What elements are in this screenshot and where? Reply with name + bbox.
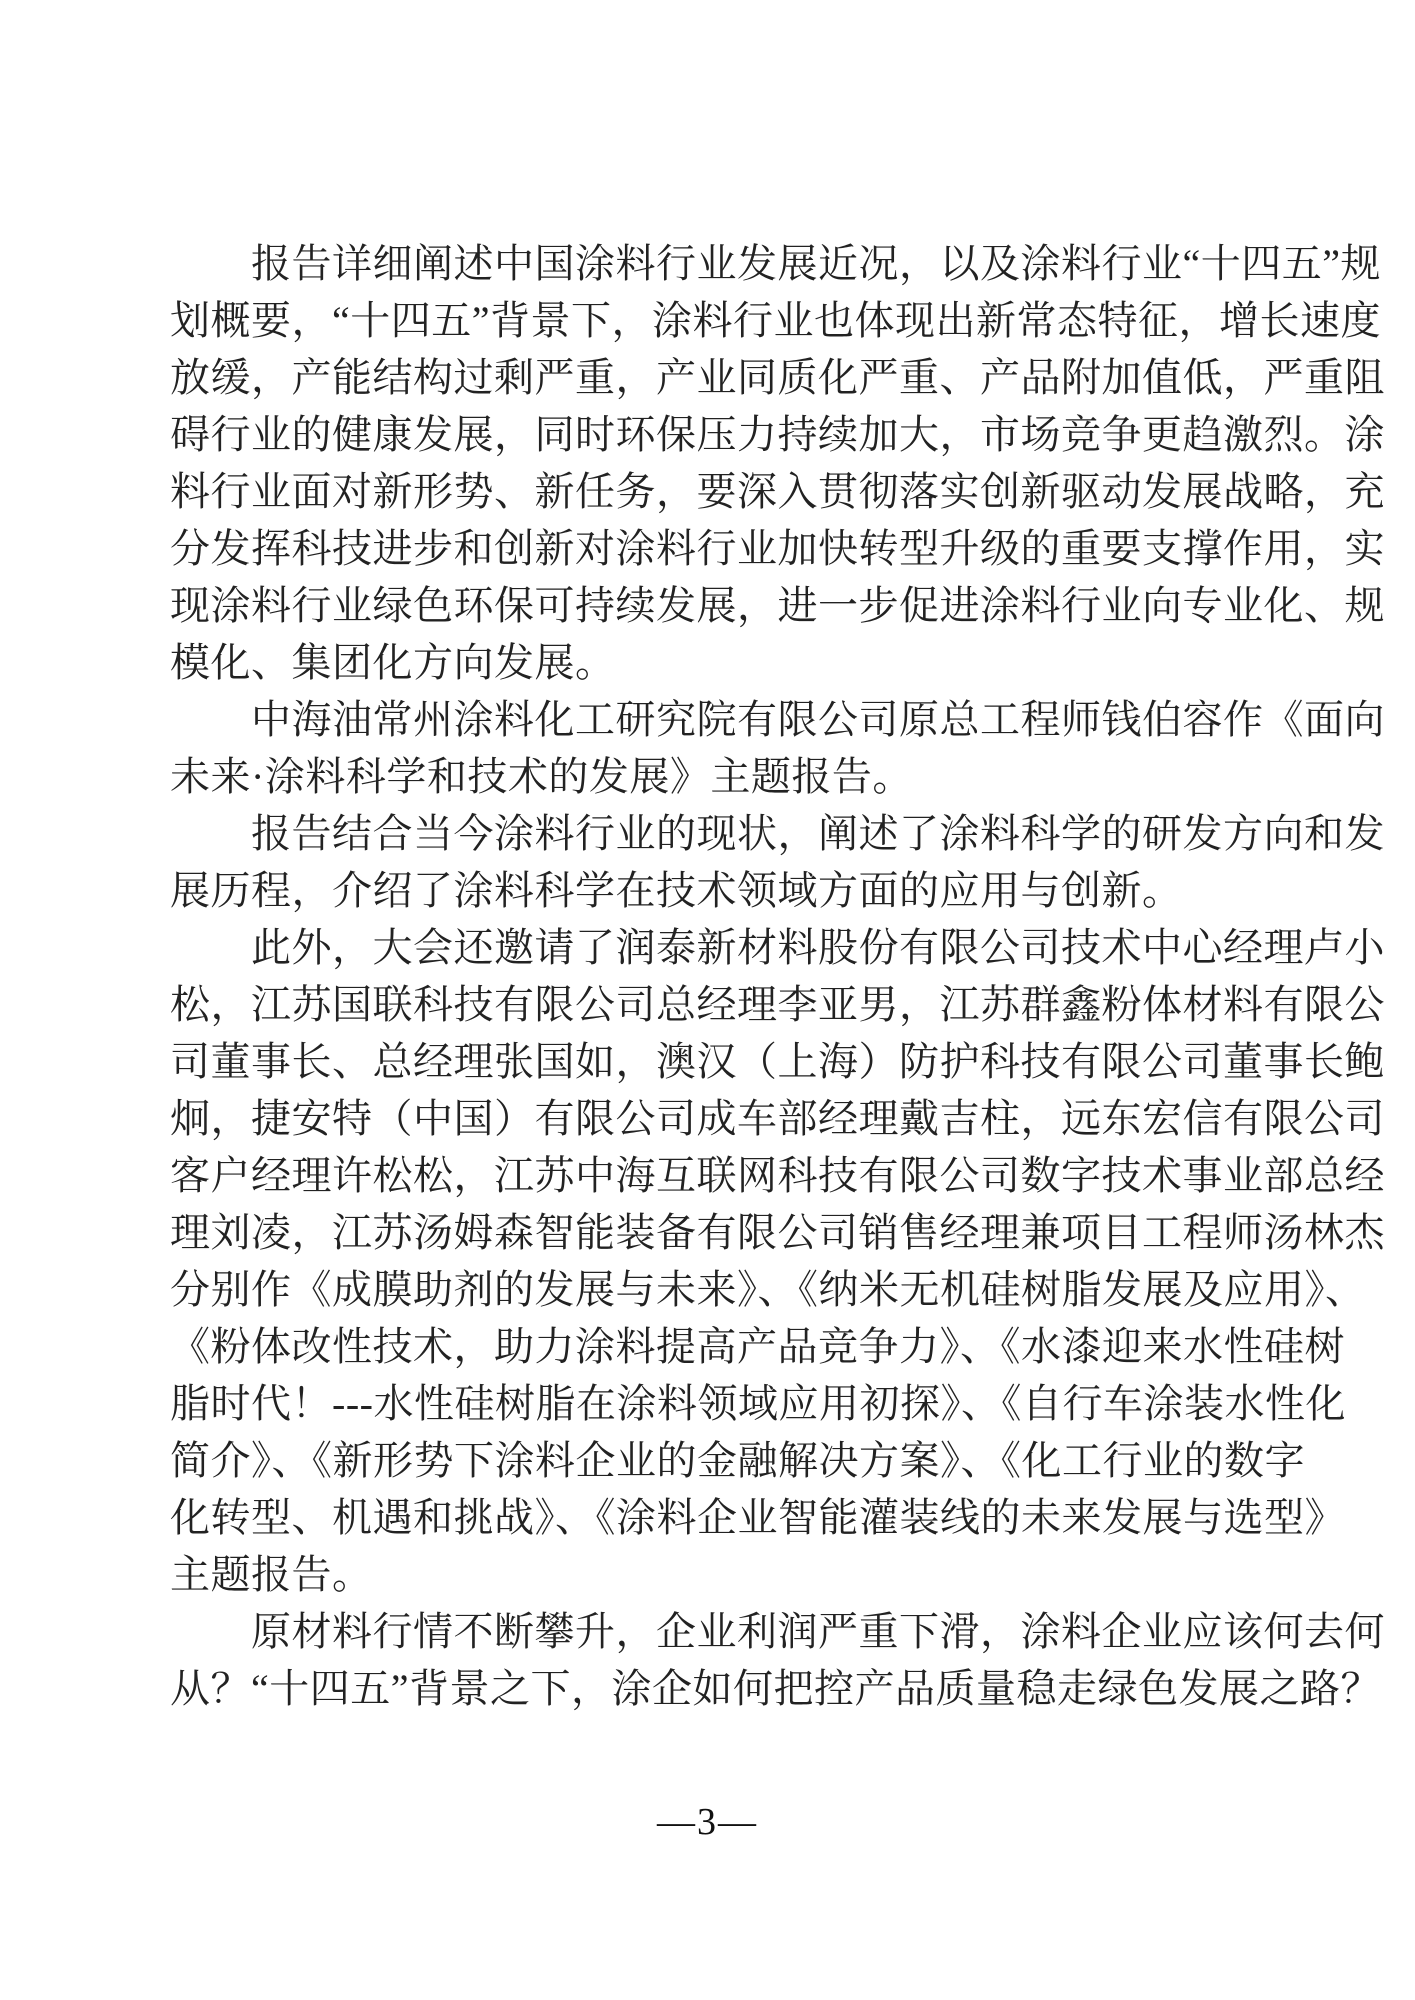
text-line: 从？“十四五”背景之下，涂企如何把控产品质量稳走绿色发展之路？ [170,1660,1255,1717]
text-line: 报告结合当今涂料行业的现状，阐述了涂料科学的研发方向和发 [170,805,1255,862]
page-footer: —3— [0,1800,1415,1844]
text-line: 客户经理许松松，江苏中海互联网科技有限公司数字技术事业部总经 [170,1147,1255,1204]
text-line: 模化、集团化方向发展。 [170,634,1255,691]
text-line: 此外，大会还邀请了润泰新材料股份有限公司技术中心经理卢小 [170,919,1255,976]
text-line: 料行业面对新形势、新任务，要深入贯彻落实创新驱动发展战略，充 [170,463,1255,520]
body-text: 报告详细阐述中国涂料行业发展近况，以及涂料行业“十四五”规 划概要，“十四五”背… [170,235,1255,1717]
text-line: 碍行业的健康发展，同时环保压力持续加大，市场竞争更趋激烈。涂 [170,406,1255,463]
text-line: 分发挥科技进步和创新对涂料行业加快转型升级的重要支撑作用，实 [170,520,1255,577]
page-number: —3— [657,1800,758,1844]
text-line: 放缓，产能结构过剩严重，产业同质化严重、产品附加值低，严重阻 [170,349,1255,406]
text-line: 脂时代！---水性硅树脂在涂料领域应用初探》、《自行车涂装水性化 [170,1375,1255,1432]
text-line: 展历程，介绍了涂料科学在技术领域方面的应用与创新。 [170,862,1255,919]
text-line: 炯，捷安特（中国）有限公司成车部经理戴吉柱，远东宏信有限公司 [170,1090,1255,1147]
text-line: 化转型、机遇和挑战》、《涂料企业智能灌装线的未来发展与选型》 [170,1489,1255,1546]
text-line: 分别作《成膜助剂的发展与未来》、《纳米无机硅树脂发展及应用》、 [170,1261,1255,1318]
text-line: 现涂料行业绿色环保可持续发展，进一步促进涂料行业向专业化、规 [170,577,1255,634]
text-line: 划概要，“十四五”背景下，涂料行业也体现出新常态特征，增长速度 [170,292,1255,349]
text-line: 《粉体改性技术，助力涂料提高产品竞争力》、《水漆迎来水性硅树 [170,1318,1255,1375]
text-line: 理刘凌，江苏汤姆森智能装备有限公司销售经理兼项目工程师汤林杰 [170,1204,1255,1261]
text-line: 松，江苏国联科技有限公司总经理李亚男，江苏群鑫粉体材料有限公 [170,976,1255,1033]
document-page: 报告详细阐述中国涂料行业发展近况，以及涂料行业“十四五”规 划概要，“十四五”背… [0,0,1415,2000]
text-line: 报告详细阐述中国涂料行业发展近况，以及涂料行业“十四五”规 [170,235,1255,292]
text-line: 未来·涂料科学和技术的发展》主题报告。 [170,748,1255,805]
text-line: 简介》、《新形势下涂料企业的金融解决方案》、《化工行业的数字 [170,1432,1255,1489]
text-line: 原材料行情不断攀升，企业利润严重下滑，涂料企业应该何去何 [170,1603,1255,1660]
text-line: 中海油常州涂料化工研究院有限公司原总工程师钱伯容作《面向 [170,691,1255,748]
text-line: 司董事长、总经理张国如，澳汉（上海）防护科技有限公司董事长鲍 [170,1033,1255,1090]
text-line: 主题报告。 [170,1546,1255,1603]
